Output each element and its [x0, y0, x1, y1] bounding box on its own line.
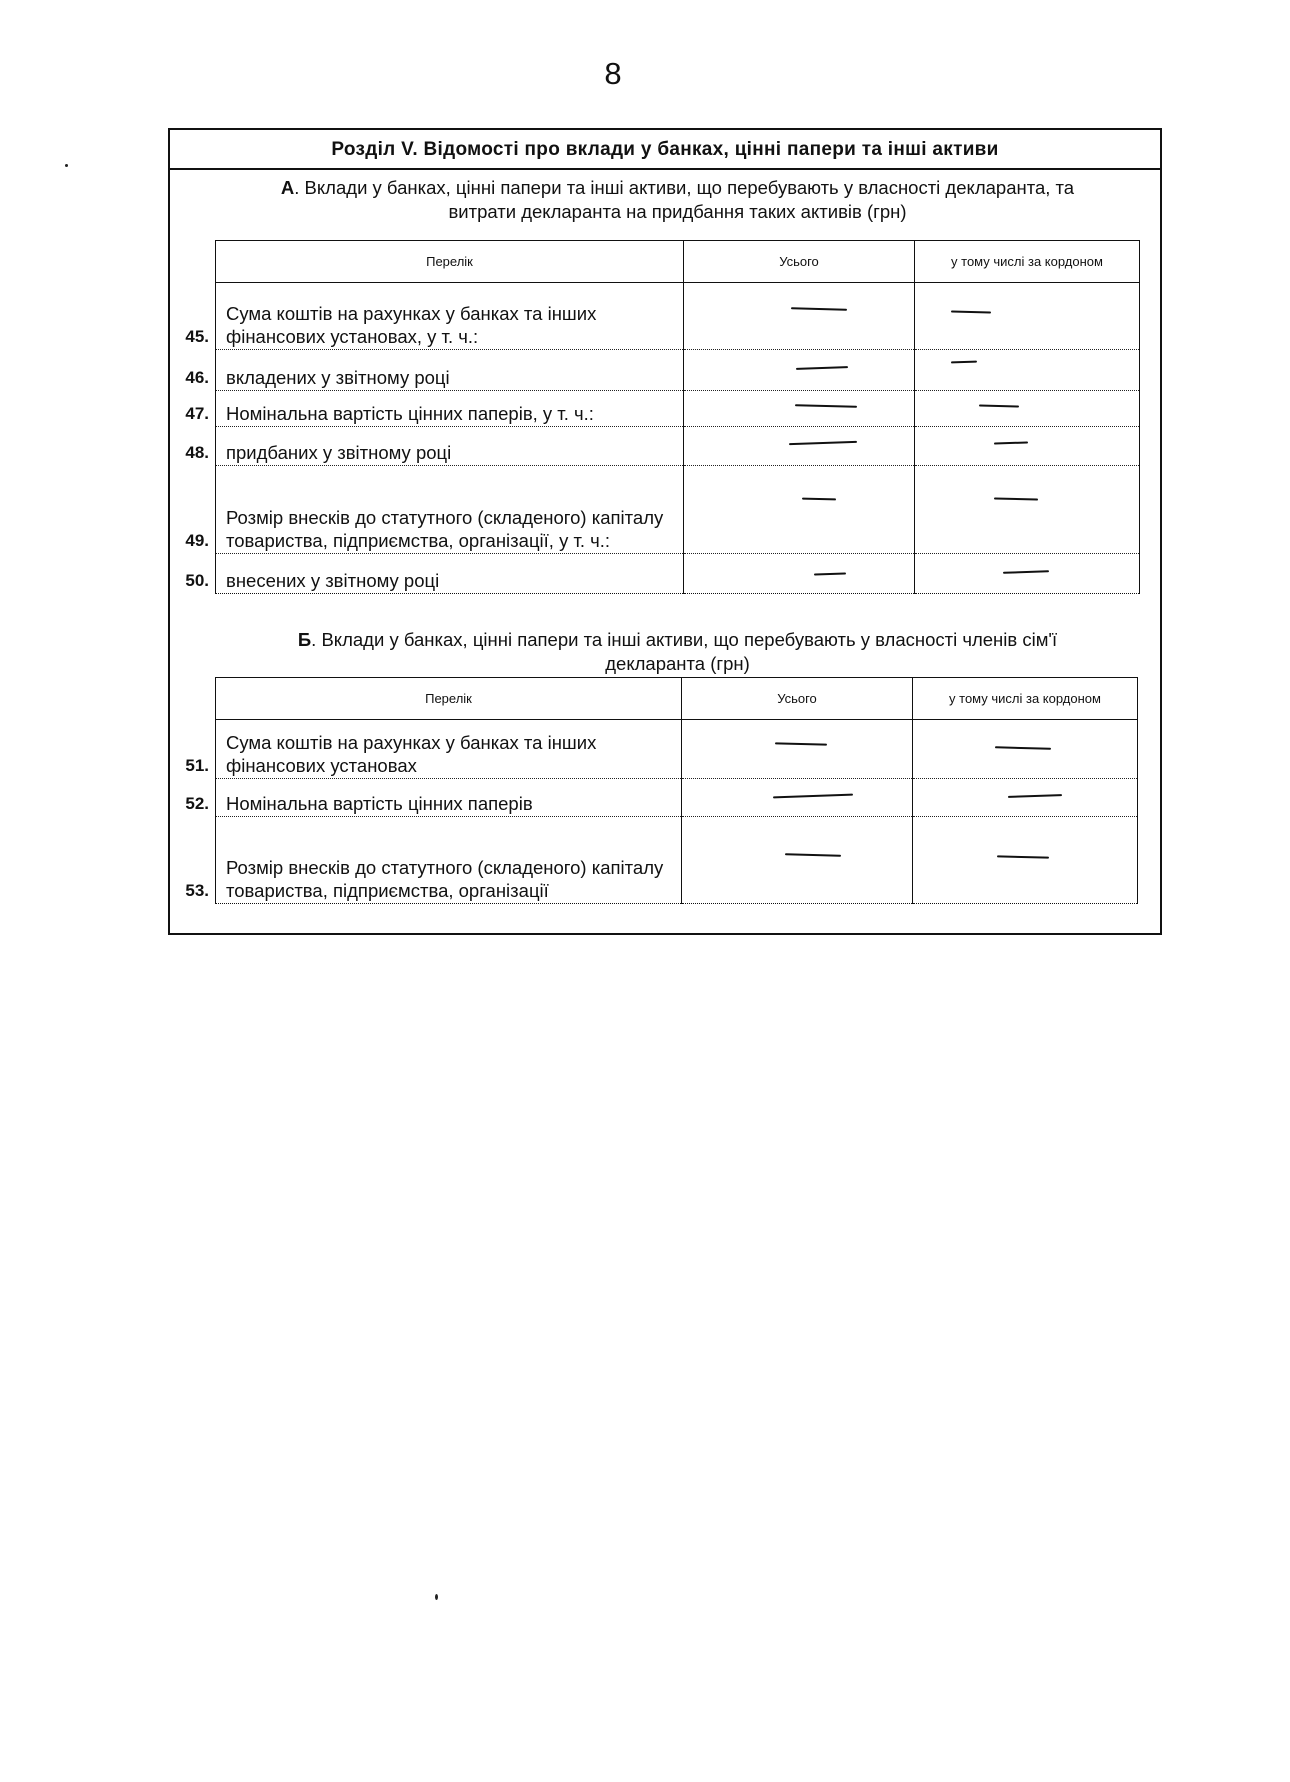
item-cell: 52.Номінальна вартість цінних паперів	[216, 779, 682, 817]
item-label: Номінальна вартість цінних паперів	[226, 792, 681, 816]
abroad-cell[interactable]: —	[915, 391, 1140, 427]
handwritten-dash: —	[951, 361, 977, 364]
abroad-cell[interactable]: —	[913, 817, 1138, 904]
handwritten-dash: —	[1008, 794, 1062, 798]
row-number: 45.	[175, 326, 209, 348]
abroad-cell[interactable]: —	[913, 720, 1138, 779]
table-row: 46.вкладених у звітному році——	[216, 350, 1140, 391]
abroad-cell[interactable]: —	[915, 350, 1140, 391]
page-number: 8	[590, 56, 636, 92]
row-number: 48.	[175, 442, 209, 464]
part-b-label: Б	[298, 629, 311, 650]
part-a-table: Перелік Усього у тому числі за кордоном …	[215, 240, 1140, 594]
row-number: 51.	[175, 755, 209, 777]
handwritten-dash: —	[994, 497, 1038, 500]
table-row: 53.Розмір внесків до статутного (складен…	[216, 817, 1138, 904]
handwritten-dash: —	[775, 742, 827, 745]
total-cell[interactable]: —	[684, 283, 915, 350]
handwritten-dash: —	[994, 441, 1028, 444]
handwritten-dash: —	[789, 441, 857, 445]
abroad-cell[interactable]: —	[915, 427, 1140, 466]
abroad-cell[interactable]: —	[915, 283, 1140, 350]
handwritten-dash: —	[773, 793, 853, 798]
table-row: 47.Номінальна вартість цінних паперів, у…	[216, 391, 1140, 427]
item-label: вкладених у звітному році	[226, 366, 683, 390]
total-cell[interactable]: —	[684, 391, 915, 427]
part-b-heading-line1: . Вклади у банках, цінні папери та інші …	[311, 629, 1057, 650]
table-row: 52.Номінальна вартість цінних паперів——	[216, 779, 1138, 817]
table-row: 51.Сума коштів на рахунках у банках та і…	[216, 720, 1138, 779]
handwritten-dash: —	[995, 746, 1051, 749]
part-a-heading-line2: витрати декларанта на придбання таких ак…	[215, 200, 1140, 224]
section-title: Розділ V. Відомості про вклади у банках,…	[170, 130, 1160, 170]
handwritten-dash: —	[796, 366, 848, 370]
part-b-heading-line2: декларанта (грн)	[215, 652, 1140, 676]
handwritten-dash: —	[979, 404, 1019, 407]
handwritten-dash: —	[795, 404, 857, 408]
part-a-heading: А. Вклади у банках, цінні папери та інші…	[215, 176, 1140, 224]
row-number: 52.	[175, 793, 209, 815]
handwritten-dash: —	[951, 310, 991, 313]
column-header-abroad: у тому числі за кордоном	[913, 678, 1138, 720]
item-label: внесених у звітному році	[226, 569, 683, 593]
item-cell: 48.придбаних у звітному році	[216, 427, 684, 466]
total-cell[interactable]: —	[682, 720, 913, 779]
total-cell[interactable]: —	[682, 779, 913, 817]
item-cell: 50.внесених у звітному році	[216, 554, 684, 594]
row-number: 49.	[175, 530, 209, 552]
item-cell: 51.Сума коштів на рахунках у банках та і…	[216, 720, 682, 779]
item-label: Розмір внесків до статутного (складеного…	[226, 506, 683, 553]
total-cell[interactable]: —	[682, 817, 913, 904]
column-header-total: Усього	[684, 241, 915, 283]
item-label: Сума коштів на рахунках у банках та інши…	[226, 731, 681, 778]
table-header-row: Перелік Усього у тому числі за кордоном	[216, 678, 1138, 720]
handwritten-dash: —	[791, 307, 847, 310]
part-b-table: Перелік Усього у тому числі за кордоном …	[215, 677, 1138, 904]
part-b-heading: Б. Вклади у банках, цінні папери та інші…	[215, 628, 1140, 676]
abroad-cell[interactable]: —	[915, 466, 1140, 554]
scan-speck	[435, 1594, 438, 1600]
table-row: 50.внесених у звітному році——	[216, 554, 1140, 594]
item-cell: 46.вкладених у звітному році	[216, 350, 684, 391]
item-label: Сума коштів на рахунках у банках та інши…	[226, 302, 683, 349]
scan-speck	[65, 164, 68, 167]
handwritten-dash: —	[802, 497, 836, 500]
table-row: 45.Сума коштів на рахунках у банках та і…	[216, 283, 1140, 350]
item-cell: 47.Номінальна вартість цінних паперів, у…	[216, 391, 684, 427]
table-header-row: Перелік Усього у тому числі за кордоном	[216, 241, 1140, 283]
item-cell: 53.Розмір внесків до статутного (складен…	[216, 817, 682, 904]
row-number: 46.	[175, 367, 209, 389]
handwritten-dash: —	[814, 572, 846, 575]
item-cell: 45.Сума коштів на рахунках у банках та і…	[216, 283, 684, 350]
total-cell[interactable]: —	[684, 350, 915, 391]
row-number: 47.	[175, 403, 209, 425]
item-label: придбаних у звітному році	[226, 441, 683, 465]
abroad-cell[interactable]: —	[913, 779, 1138, 817]
handwritten-dash: —	[997, 855, 1049, 858]
total-cell[interactable]: —	[684, 554, 915, 594]
total-cell[interactable]: —	[684, 466, 915, 554]
handwritten-dash: —	[1003, 570, 1049, 574]
item-cell: 49.Розмір внесків до статутного (складен…	[216, 466, 684, 554]
row-number: 53.	[175, 880, 209, 902]
total-cell[interactable]: —	[684, 427, 915, 466]
part-a-label: А	[281, 177, 294, 198]
part-a-heading-line1: . Вклади у банках, цінні папери та інші …	[294, 177, 1074, 198]
item-label: Номінальна вартість цінних паперів, у т.…	[226, 402, 683, 426]
column-header-list: Перелік	[216, 241, 684, 283]
column-header-total: Усього	[682, 678, 913, 720]
table-row: 48.придбаних у звітному році——	[216, 427, 1140, 466]
abroad-cell[interactable]: —	[915, 554, 1140, 594]
item-label: Розмір внесків до статутного (складеного…	[226, 856, 681, 903]
table-row: 49.Розмір внесків до статутного (складен…	[216, 466, 1140, 554]
column-header-abroad: у тому числі за кордоном	[915, 241, 1140, 283]
row-number: 50.	[175, 570, 209, 592]
handwritten-dash: —	[785, 853, 841, 856]
column-header-list: Перелік	[216, 678, 682, 720]
